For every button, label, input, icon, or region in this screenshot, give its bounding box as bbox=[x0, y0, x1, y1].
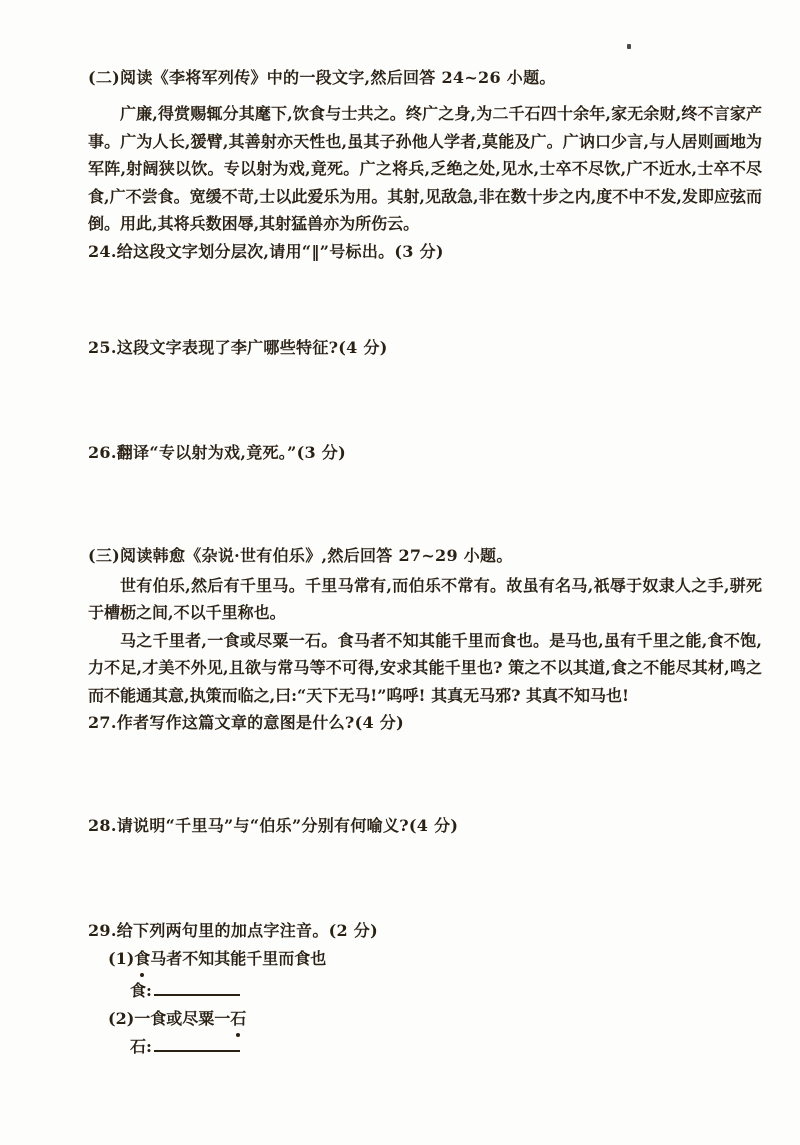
question-28: 28.请说明“千里马”与“伯乐”分别有何喻义?(4 分) bbox=[88, 812, 762, 840]
q29-item2-answer-line: 石: bbox=[130, 1033, 762, 1061]
q29-item2-answer-label: 石: bbox=[130, 1037, 152, 1056]
question-27: 27.作者写作这篇文章的意图是什么?(4 分) bbox=[88, 709, 762, 737]
passage-bole-paragraph1: 世有伯乐,然后有千里马。千里马常有,而伯乐不常有。故虽有名马,祇辱于奴隶人之手,… bbox=[88, 572, 762, 627]
passage-li-jiangjun: 广廉,得赏赐辄分其麾下,饮食与士共之。终广之身,为二千石四十余年,家无余财,终不… bbox=[88, 100, 762, 238]
q29-item1-dotted-char: 食 bbox=[134, 945, 150, 973]
section3-heading: (三)阅读韩愈《杂说·世有伯乐》,然后回答 27~29 小题。 bbox=[88, 542, 762, 570]
q29-item2-sentence: (2)一食或尽粟一石 bbox=[108, 1005, 762, 1033]
q29-item1-rest: 马者不知其能千里而食也 bbox=[150, 949, 326, 968]
q29-item2-answer-blank bbox=[154, 1035, 240, 1052]
question-29-stem: 29.给下列两句里的加点字注音。(2 分) bbox=[88, 917, 762, 945]
q29-item1-answer-line: 食: bbox=[130, 977, 762, 1005]
question-25: 25.这段文字表现了李广哪些特征?(4 分) bbox=[88, 334, 762, 362]
q29-item1-answer-blank bbox=[154, 979, 240, 996]
q29-item2-dotted-char: 石 bbox=[230, 1005, 246, 1033]
q29-item2-prefix: (2)一食或尽粟一 bbox=[108, 1009, 230, 1028]
question-24: 24.给这段文字划分层次,请用“‖”号标出。(3 分) bbox=[88, 238, 762, 266]
scanned-exam-page: (二)阅读《李将军列传》中的一段文字,然后回答 24~26 小题。 广廉,得赏赐… bbox=[0, 0, 800, 1145]
q29-item1-sentence: (1)食马者不知其能千里而食也 bbox=[108, 945, 762, 973]
question-26: 26.翻译“专以射为戏,竟死。”(3 分) bbox=[88, 439, 762, 467]
q29-item1-answer-label: 食: bbox=[130, 981, 152, 1000]
page-content: (二)阅读《李将军列传》中的一段文字,然后回答 24~26 小题。 广廉,得赏赐… bbox=[88, 0, 762, 1061]
passage-bole-paragraph2: 马之千里者,一食或尽粟一石。食马者不知其能千里而食也。是马也,虽有千里之能,食不… bbox=[88, 627, 762, 710]
section2-heading: (二)阅读《李将军列传》中的一段文字,然后回答 24~26 小题。 bbox=[88, 64, 762, 92]
q29-item1-prefix: (1) bbox=[108, 949, 134, 968]
